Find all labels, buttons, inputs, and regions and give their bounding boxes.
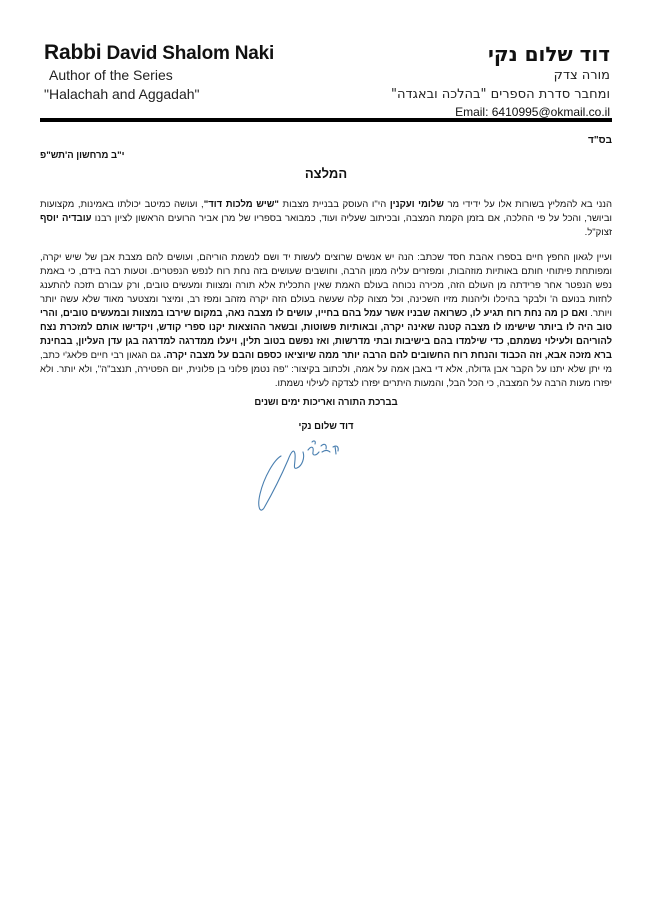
author-name-hebrew: דוד שלום נקי [391,42,610,66]
series-name-hebrew: ומחבר סדרת הספרים "בהלכה ובאגדה" [391,85,610,104]
recommendation-paragraph-1: הנני בא להמליץ בשורות אלו על ידידי מר של… [40,198,612,240]
recommendation-paragraph-2: ועיין לגאון החפץ חיים בספרו אהבת חסד שכת… [40,251,612,391]
letter-page: Rabbi David Shalom Naki Author of the Se… [0,0,650,919]
letterhead-english: Rabbi David Shalom Naki Author of the Se… [44,42,274,104]
name-prefix: Rabbi [44,41,101,64]
signatory-name: דוד שלום נקי [40,421,612,432]
bsd-header: בס"ד [40,135,612,146]
letter-date: י"ב מרחשון ה'תש"פ [40,150,612,161]
author-role-english: Author of the Series [49,65,274,85]
letter-title: המלצה [40,166,612,181]
handwritten-signature [250,432,350,522]
text-run: זצוק"ל. [585,227,612,238]
recommended-person-name: שלומי ועקנין [390,199,444,210]
text-run: הי"ו העוסק בבניית מצבות [279,199,390,210]
letterhead-divider [40,118,612,122]
series-name-english: "Halachah and Aggadah" [44,85,274,104]
letterhead-hebrew: דוד שלום נקי מורה צדק ומחבר סדרת הספרים … [391,42,610,120]
rabbi-name: עובדיה יוסף [40,213,91,224]
author-name-english: Rabbi David Shalom Naki [44,42,274,65]
business-name: "שיש מלכות דוד" [204,199,279,210]
author-title-hebrew: מורה צדק [391,66,610,85]
text-run: הנני בא להמליץ בשורות אלו על ידידי מר [444,199,612,210]
name-text: David Shalom Naki [106,43,274,64]
closing-blessing: בברכת התורה ואריכות ימים ושנים [40,397,612,408]
